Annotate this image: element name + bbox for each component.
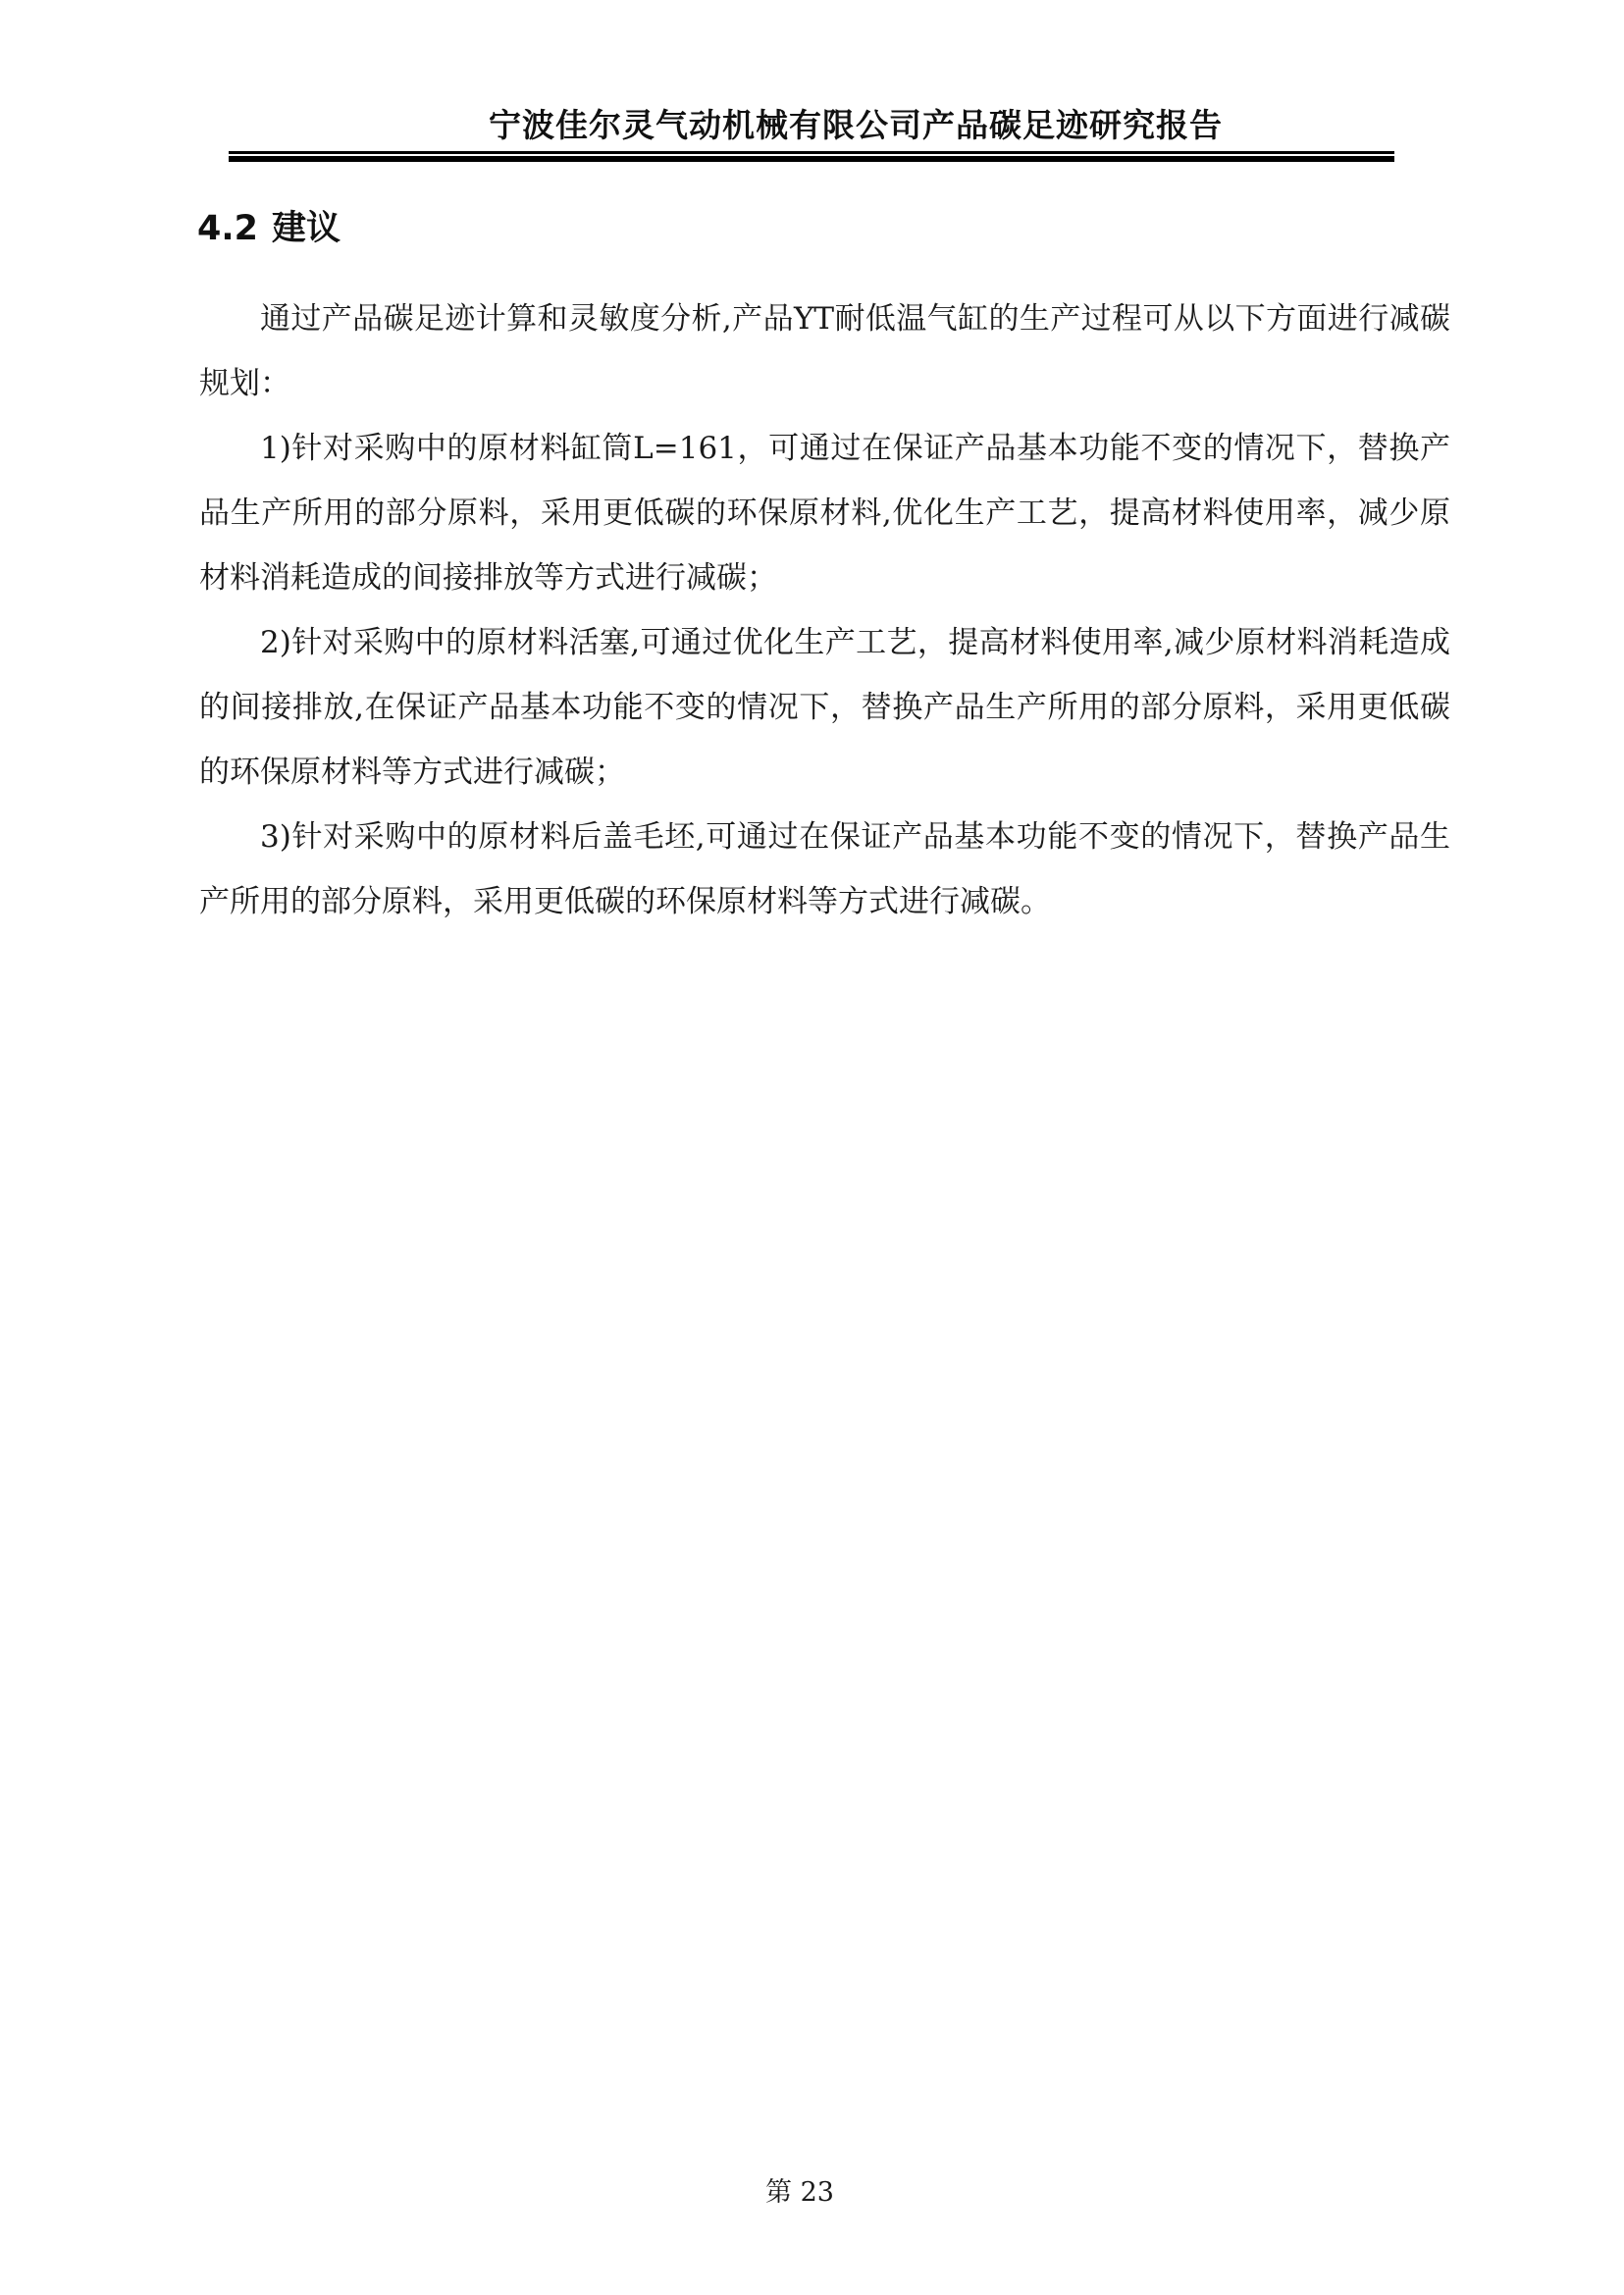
section-title: 建议 <box>272 209 341 248</box>
paragraph-item-2: 2)针对采购中的原材料活塞,可通过优化生产工艺，提高材料使用率,减少原材料消耗造… <box>199 610 1450 805</box>
header-double-rule <box>229 151 1394 162</box>
paragraph-item-1: 1)针对采购中的原材料缸筒L=161，可通过在保证产品基本功能不变的情况下，替换… <box>199 416 1450 610</box>
section-heading: 4.2建议 <box>197 201 341 250</box>
document-page: 宁波佳尔灵气动机械有限公司产品碳足迹研究报告 4.2建议 通过产品碳足迹计算和灵… <box>0 0 1624 2295</box>
header-rule-thin-line <box>229 151 1394 154</box>
page-footer: 第 23 <box>765 2170 834 2209</box>
body-text: 通过产品碳足迹计算和灵敏度分析,产品YT耐低温气缸的生产过程可从以下方面进行减碳… <box>199 287 1450 934</box>
page-number-label: 第 23 <box>765 2177 834 2208</box>
paragraph-item-3: 3)针对采购中的原材料后盖毛坯,可通过在保证产品基本功能不变的情况下，替换产品生… <box>199 805 1450 934</box>
header-rule-thick-line <box>229 156 1394 162</box>
header-title: 宁波佳尔灵气动机械有限公司产品碳足迹研究报告 <box>489 100 1223 146</box>
paragraph-intro: 通过产品碳足迹计算和灵敏度分析,产品YT耐低温气缸的生产过程可从以下方面进行减碳… <box>199 287 1450 416</box>
section-number: 4.2 <box>197 209 258 248</box>
